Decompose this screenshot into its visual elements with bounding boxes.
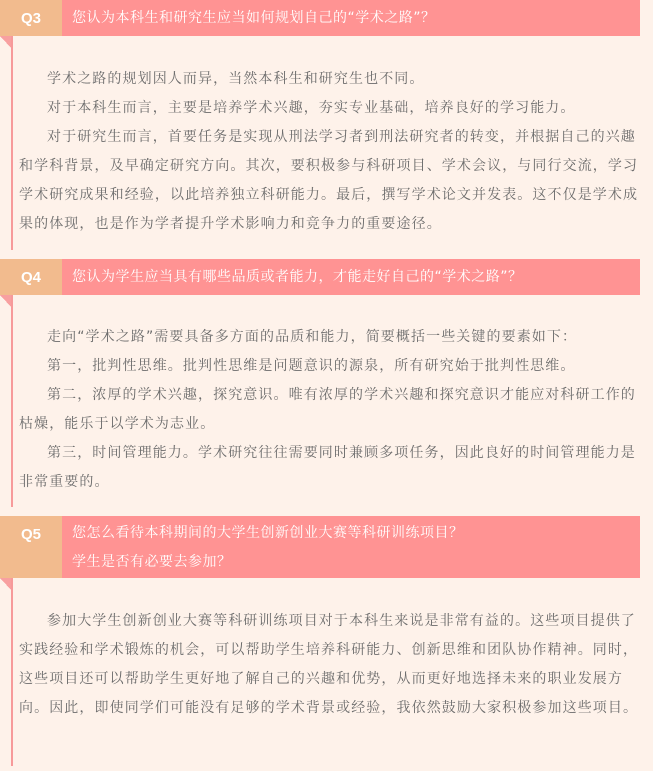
question-header: Q5 您怎么看待本科期间的大学生创新创业大赛等科研训练项目？ 学生是否有必要去参… bbox=[0, 516, 640, 578]
answer-paragraph: 第二，浓厚的学术兴趣，探究意识。唯有浓厚的学术兴趣和探究意识才能应对科研工作的枯… bbox=[19, 381, 641, 439]
accent-line bbox=[11, 36, 13, 250]
question-text: 您认为学生应当具有哪些品质或者能力，才能走好自己的“学术之路”？ bbox=[62, 259, 523, 295]
answer-paragraph: 对于本科生而言，主要是培养学术兴趣，夯实专业基础，培养良好的学习能力。 bbox=[19, 94, 641, 123]
answer-paragraph: 对于研究生而言，首要任务是实现从刑法学习者到刑法研究者的转变，并根据自己的兴趣和… bbox=[19, 123, 641, 239]
answer-body: 走向“学术之路”需要具备多方面的品质和能力，简要概括一些关键的要素如下： 第一，… bbox=[0, 295, 653, 497]
question-line: 学生是否有必要去参加？ bbox=[72, 548, 464, 577]
qa-section-q5: Q5 您怎么看待本科期间的大学生创新创业大赛等科研训练项目？ 学生是否有必要去参… bbox=[0, 516, 653, 771]
answer-paragraph: 第一，批判性思维。批判性思维是问题意识的源泉，所有研究始于批判性思维。 bbox=[19, 352, 641, 381]
question-tag: Q3 bbox=[0, 0, 62, 36]
question-tag: Q4 bbox=[0, 259, 62, 295]
question-text: 您认为本科生和研究生应当如何规划自己的“学术之路”？ bbox=[62, 0, 436, 36]
question-text: 您怎么看待本科期间的大学生创新创业大赛等科研训练项目？ 学生是否有必要去参加？ bbox=[62, 516, 464, 578]
question-header: Q3 您认为本科生和研究生应当如何规划自己的“学术之路”？ bbox=[0, 0, 640, 36]
qa-section-q4: Q4 您认为学生应当具有哪些品质或者能力，才能走好自己的“学术之路”？ 走向“学… bbox=[0, 259, 653, 509]
question-line: 您怎么看待本科期间的大学生创新创业大赛等科研训练项目？ bbox=[72, 519, 464, 548]
question-tag: Q5 bbox=[0, 516, 62, 578]
answer-paragraph: 参加大学生创新创业大赛等科研训练项目对于本科生来说是非常有益的。这些项目提供了实… bbox=[19, 607, 641, 723]
answer-body: 参加大学生创新创业大赛等科研训练项目对于本科生来说是非常有益的。这些项目提供了实… bbox=[0, 578, 653, 723]
answer-paragraph: 第三，时间管理能力。学术研究往往需要同时兼顾多项任务，因此良好的时间管理能力是非… bbox=[19, 439, 641, 497]
answer-body: 学术之路的规划因人而异，当然本科生和研究生也不同。 对于本科生而言，主要是培养学… bbox=[0, 36, 653, 239]
qa-section-q3: Q3 您认为本科生和研究生应当如何规划自己的“学术之路”？ 学术之路的规划因人而… bbox=[0, 0, 653, 256]
answer-paragraph: 走向“学术之路”需要具备多方面的品质和能力，简要概括一些关键的要素如下： bbox=[19, 323, 641, 352]
question-header: Q4 您认为学生应当具有哪些品质或者能力，才能走好自己的“学术之路”？ bbox=[0, 259, 640, 295]
accent-line bbox=[11, 295, 13, 507]
accent-line bbox=[11, 578, 13, 766]
answer-paragraph: 学术之路的规划因人而异，当然本科生和研究生也不同。 bbox=[19, 65, 641, 94]
